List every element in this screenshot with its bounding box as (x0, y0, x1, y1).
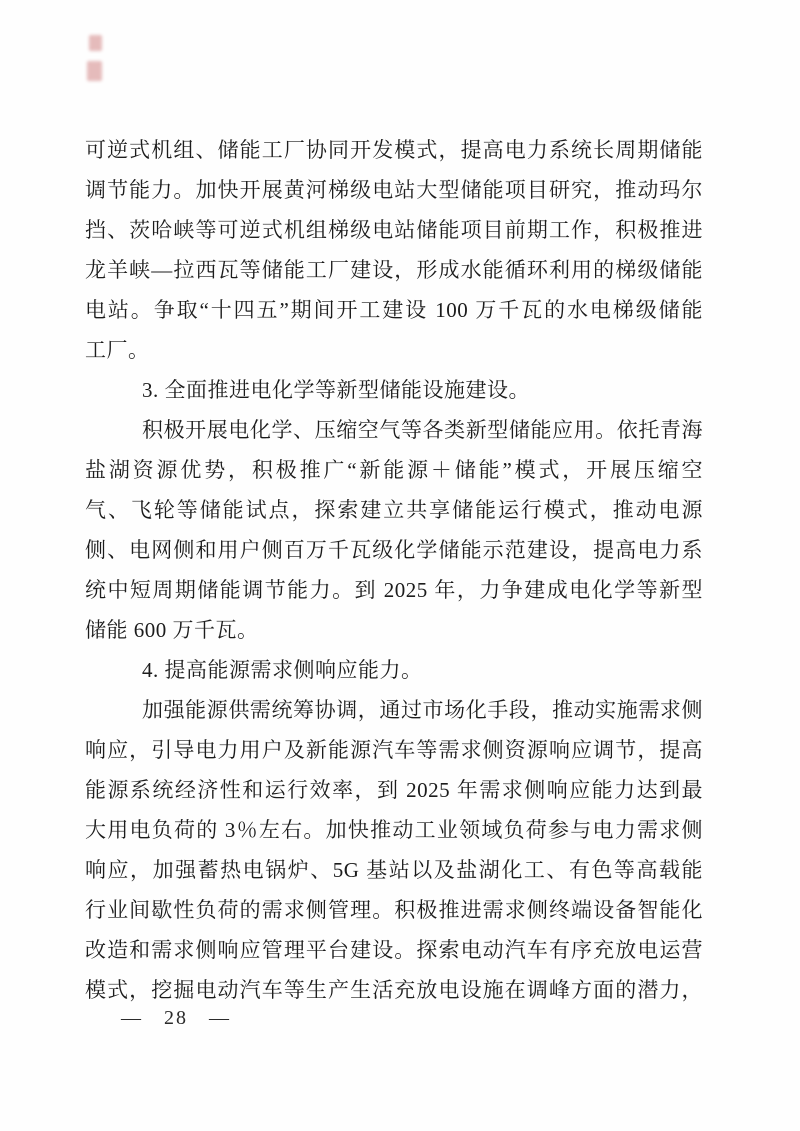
text-line: 4. 提高能源需求侧响应能力。 (85, 650, 703, 690)
red-stamp-mark (89, 35, 102, 51)
red-stamp-mark (87, 61, 102, 81)
text-line: 加强能源供需统筹协调，通过市场化手段，推动实施需求侧 (85, 690, 703, 730)
text-line: 电站。争取“十四五”期间开工建设 100 万千瓦的水电梯级储能 (85, 290, 703, 330)
text-line: 响应，加强蓄热电锅炉、5G 基站以及盐湖化工、有色等高载能 (85, 850, 703, 890)
document-page: 可逆式机组、储能工厂协同开发模式，提高电力系统长周期储能调节能力。加快开展黄河梯… (0, 0, 800, 1131)
text-line: 积极开展电化学、压缩空气等各类新型储能应用。依托青海 (85, 410, 703, 450)
page-number: — 28 — (121, 1004, 231, 1032)
text-line: 调节能力。加快开展黄河梯级电站大型储能项目研究，推动玛尔 (85, 170, 703, 210)
text-line: 储能 600 万千瓦。 (85, 610, 703, 650)
text-line: 行业间歇性负荷的需求侧管理。积极推进需求侧终端设备智能化 (85, 890, 703, 930)
document-body: 可逆式机组、储能工厂协同开发模式，提高电力系统长周期储能调节能力。加快开展黄河梯… (85, 130, 703, 1010)
text-line: 龙羊峡—拉西瓦等储能工厂建设，形成水能循环利用的梯级储能 (85, 250, 703, 290)
text-line: 响应，引导电力用户及新能源汽车等需求侧资源响应调节，提高 (85, 730, 703, 770)
text-line: 工厂。 (85, 330, 703, 370)
text-line: 3. 全面推进电化学等新型储能设施建设。 (85, 370, 703, 410)
text-line: 挡、茨哈峡等可逆式机组梯级电站储能项目前期工作，积极推进 (85, 210, 703, 250)
text-line: 可逆式机组、储能工厂协同开发模式，提高电力系统长周期储能 (85, 130, 703, 170)
text-line: 统中短周期储能调节能力。到 2025 年，力争建成电化学等新型 (85, 570, 703, 610)
text-line: 侧、电网侧和用户侧百万千瓦级化学储能示范建设，提高电力系 (85, 530, 703, 570)
text-line: 气、飞轮等储能试点，探索建立共享储能运行模式，推动电源 (85, 490, 703, 530)
text-line: 大用电负荷的 3％左右。加快推动工业领域负荷参与电力需求侧 (85, 810, 703, 850)
text-line: 能源系统经济性和运行效率，到 2025 年需求侧响应能力达到最 (85, 770, 703, 810)
text-line: 改造和需求侧响应管理平台建设。探索电动汽车有序充放电运营 (85, 930, 703, 970)
text-line: 盐湖资源优势，积极推广“新能源＋储能”模式，开展压缩空 (85, 450, 703, 490)
